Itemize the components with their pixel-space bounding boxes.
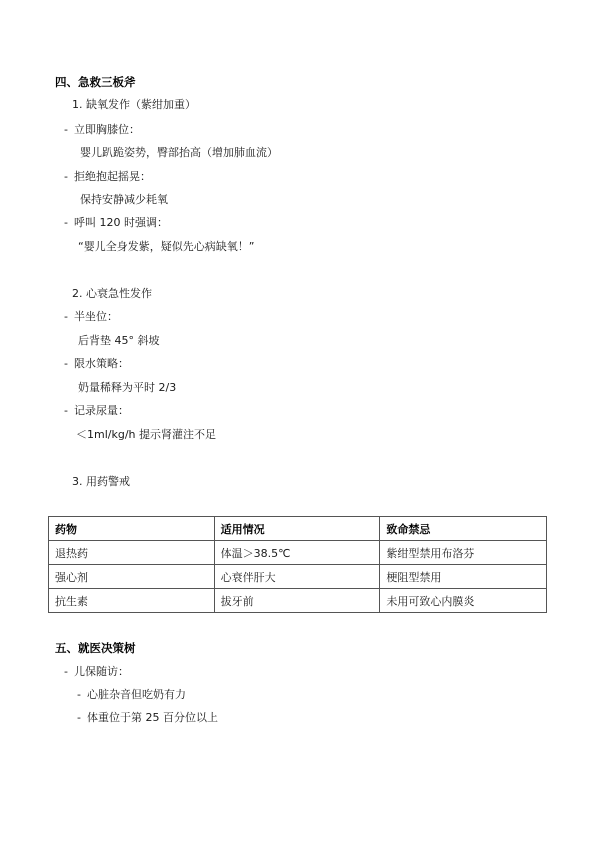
list-item-detail: ＜1ml/kg/h 提示肾灌注不足: [76, 428, 216, 442]
section-heading: 四、急救三板斧: [55, 75, 136, 89]
list-item: -记录尿量：: [64, 404, 129, 418]
table-row: 退热药 体温＞38.5℃ 紫绀型禁用布洛芬: [49, 541, 547, 565]
table-row: 抗生素 拔牙前 未用可致心内膜炎: [49, 589, 547, 613]
list-item: -呼叫 120 时强调：: [64, 216, 168, 230]
table-cell: 拔牙前: [214, 589, 380, 613]
list-item-detail: 婴儿趴跪姿势，臀部抬高（增加肺血流）: [80, 146, 278, 160]
column-header: 药物: [49, 517, 215, 541]
subsection-title: 1. 缺氧发作（紫绀加重）: [72, 98, 196, 112]
section-heading: 五、就医决策树: [55, 641, 136, 655]
table-cell: 紫绀型禁用布洛芬: [380, 541, 547, 565]
list-item-detail: 保持安静减少耗氧: [80, 193, 168, 207]
sub-list-item: -体重位于第 25 百分位以上: [77, 711, 218, 725]
list-item: -儿保随访：: [64, 665, 129, 679]
list-item-detail: 奶量稀释为平时 2/3: [78, 381, 176, 395]
table-header-row: 药物 适用情况 致命禁忌: [49, 517, 547, 541]
list-item: -限水策略：: [64, 357, 129, 371]
table-cell: 抗生素: [49, 589, 215, 613]
table-cell: 未用可致心内膜炎: [380, 589, 547, 613]
table-cell: 心衰伴肝大: [214, 565, 380, 589]
list-item-detail: “婴儿全身发紫，疑似先心病缺氧！”: [78, 240, 254, 254]
table-row: 强心剂 心衰伴肝大 梗阻型禁用: [49, 565, 547, 589]
sub-list-item: -心脏杂音但吃奶有力: [77, 688, 186, 702]
list-item-detail: 后背垫 45° 斜坡: [78, 334, 160, 348]
list-item: -拒绝抱起摇晃：: [64, 170, 151, 184]
subsection-title: 2. 心衰急性发作: [72, 287, 152, 301]
list-item: -半坐位：: [64, 310, 118, 324]
table-cell: 体温＞38.5℃: [214, 541, 380, 565]
medication-table: 药物 适用情况 致命禁忌 退热药 体温＞38.5℃ 紫绀型禁用布洛芬 强心剂 心…: [48, 516, 547, 613]
table-cell: 退热药: [49, 541, 215, 565]
subsection-title: 3. 用药警戒: [72, 475, 130, 489]
column-header: 适用情况: [214, 517, 380, 541]
table-cell: 强心剂: [49, 565, 215, 589]
table-cell: 梗阻型禁用: [380, 565, 547, 589]
list-item: -立即胸膝位：: [64, 123, 140, 137]
column-header: 致命禁忌: [380, 517, 547, 541]
